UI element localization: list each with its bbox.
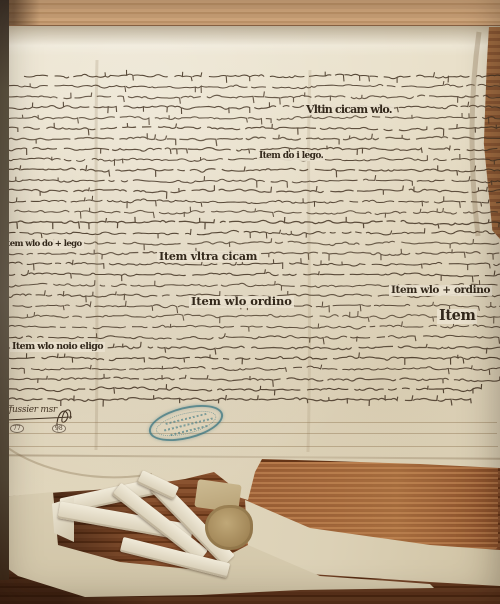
phrase-item-6: Item <box>437 309 477 324</box>
ruled-line <box>8 422 497 423</box>
ruled-line <box>0 446 498 447</box>
notary-signature: ffussier msr <box>6 405 57 415</box>
manuscript-photo: Vltin cicam wlo. Item do i lego. Item wl… <box>0 0 500 604</box>
phrase-item-7: Item wlo noio eligo <box>10 342 105 352</box>
phrase-ultima-heading: Vltin cicam wlo. <box>304 104 394 115</box>
phrase-item-5: Item wlo + ordino <box>389 285 492 296</box>
seal-fragment-blob <box>205 505 253 550</box>
marginal-mark: 77 <box>10 424 24 433</box>
ruled-line <box>4 433 497 434</box>
phrase-item-1: Item do i lego. <box>257 152 325 161</box>
marginal-mark: 98 <box>52 424 66 433</box>
phrase-item-3: Item vltra cicam <box>157 251 259 262</box>
phrase-item-2: Item wlo do + lego <box>1 240 84 249</box>
wood-board-left-edge <box>0 0 9 580</box>
wood-board-top <box>0 0 500 27</box>
phrase-item-4: Item wlo ordino <box>189 296 294 308</box>
parchment-top-roll-shadow <box>0 26 500 56</box>
